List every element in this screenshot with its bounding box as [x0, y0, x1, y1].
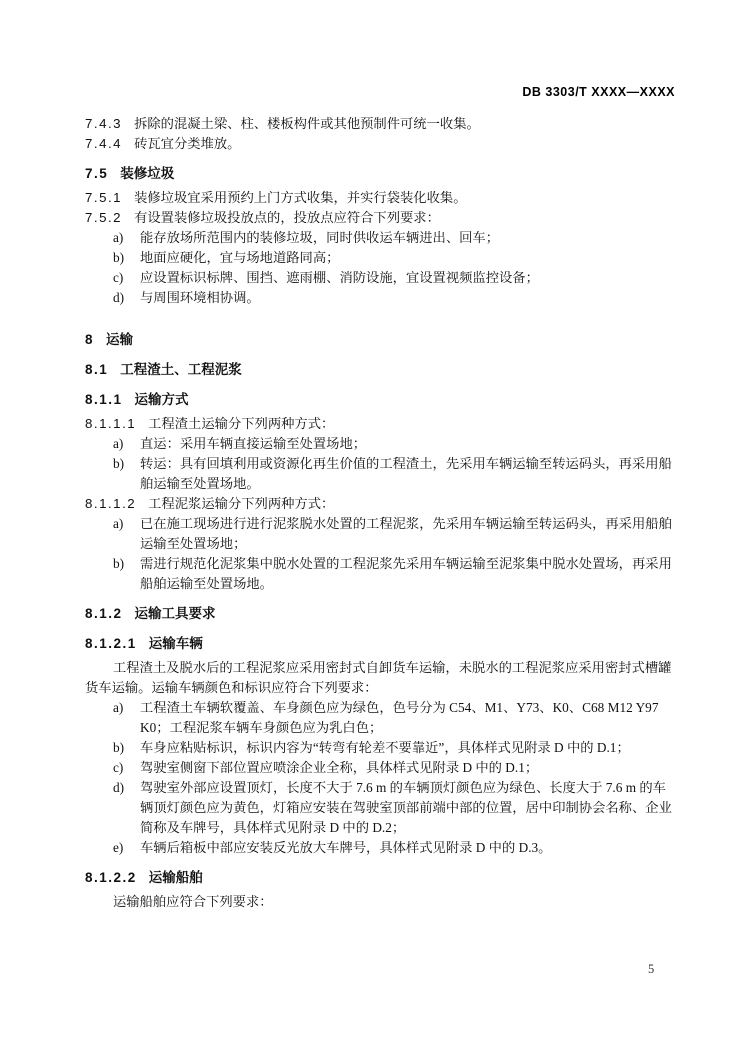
list-item: c)应设置标识标牌、围挡、遮雨棚、消防设施，宜设置视频监控设备；	[85, 268, 675, 288]
list-item: c)驾驶室侧窗下部位置应喷涂企业全称，具体样式见附录 D 中的 D.1；	[85, 758, 675, 778]
list-item: d)与周围环境相协调。	[85, 288, 675, 308]
clause: 7.5.1装修垃圾宜采用预约上门方式收集，并实行袋装化收集。	[85, 188, 675, 208]
list-marker: d)	[113, 778, 140, 838]
heading-text: 运输车辆	[149, 636, 203, 651]
heading-number: 8.1.2.1	[85, 636, 137, 651]
heading-number: 8.1.2	[85, 606, 123, 621]
heading-text: 工程渣土、工程泥浆	[120, 362, 242, 377]
clause-number: 8.1.1.1	[85, 416, 136, 431]
clause-text: 工程渣土运输分下列两种方式：	[148, 416, 334, 431]
list-marker: a)	[113, 228, 140, 248]
list-item: e)车辆后箱板中部应安装反光放大车牌号，具体样式见附录 D 中的 D.3。	[85, 838, 675, 858]
clause-text: 有设置装修垃圾投放点的，投放点应符合下列要求：	[134, 210, 440, 225]
clause-text: 拆除的混凝土梁、柱、楼板构件或其他预制件可统一收集。	[134, 116, 480, 131]
document-page: DB 3303/T XXXX—XXXX 7.4.3拆除的混凝土梁、柱、楼板构件或…	[0, 0, 744, 912]
list-text: 已在施工现场进行进行泥浆脱水处置的工程泥浆，先采用车辆运输至转运码头，再采用船舶…	[140, 514, 675, 554]
list-text: 需进行规范化泥浆集中脱水处置的工程泥浆先采用车辆运输至泥浆集中脱水处置场，再采用…	[140, 554, 675, 594]
clause: 7.4.3拆除的混凝土梁、柱、楼板构件或其他预制件可统一收集。	[85, 114, 675, 134]
list-marker: b)	[113, 738, 140, 758]
subsection-heading-8-1-1: 8.1.1运输方式	[85, 390, 675, 410]
clause: 7.4.4砖瓦宜分类堆放。	[85, 134, 675, 154]
heading-number: 8	[85, 332, 94, 347]
section-heading-8-1: 8.1工程渣土、工程泥浆	[85, 360, 675, 380]
list-text: 地面应硬化，宜与场地道路同高；	[140, 248, 675, 268]
list-item: b)车身应粘贴标识，标识内容为“转弯有轮差不要靠近”，具体样式见附录 D 中的 …	[85, 738, 675, 758]
list-item: a)直运：采用车辆直接运输至处置场地；	[85, 434, 675, 454]
clause: 8.1.1.2工程泥浆运输分下列两种方式：	[85, 494, 675, 514]
clause-number: 7.5.2	[85, 210, 122, 225]
clause-text: 装修垃圾宜采用预约上门方式收集，并实行袋装化收集。	[134, 190, 466, 205]
list-item: a)能存放场所范围内的装修垃圾，同时供收运车辆进出、回车；	[85, 228, 675, 248]
subsection-heading-8-1-2-1: 8.1.2.1运输车辆	[85, 634, 675, 654]
clause-number: 8.1.1.2	[85, 496, 136, 511]
chapter-heading-8: 8运输	[85, 330, 675, 350]
list-text: 直运：采用车辆直接运输至处置场地；	[140, 434, 675, 454]
heading-number: 7.5	[85, 166, 108, 181]
list-marker: a)	[113, 514, 140, 554]
clause-number: 7.4.3	[85, 116, 122, 131]
heading-text: 运输方式	[135, 392, 189, 407]
list-marker: c)	[113, 758, 140, 778]
list-marker: c)	[113, 268, 140, 288]
list-text: 工程渣土车辆软覆盖、车身颜色应为绿色，色号分为 C54、M1、Y73、K0、C6…	[140, 698, 675, 738]
subsection-heading-8-1-2: 8.1.2运输工具要求	[85, 604, 675, 624]
paragraph: 运输船舶应符合下列要求：	[85, 892, 675, 912]
heading-text: 装修垃圾	[120, 166, 174, 181]
heading-text: 运输船舶	[149, 870, 203, 885]
list-text: 与周围环境相协调。	[140, 288, 675, 308]
clause-number: 7.5.1	[85, 190, 122, 205]
list-item: b)需进行规范化泥浆集中脱水处置的工程泥浆先采用车辆运输至泥浆集中脱水处置场，再…	[85, 554, 675, 594]
heading-number: 8.1.2.2	[85, 870, 137, 885]
list-marker: a)	[113, 434, 140, 454]
list-text: 应设置标识标牌、围挡、遮雨棚、消防设施，宜设置视频监控设备；	[140, 268, 675, 288]
list-marker: e)	[113, 838, 140, 858]
clause: 7.5.2有设置装修垃圾投放点的，投放点应符合下列要求：	[85, 208, 675, 228]
clause-text: 工程泥浆运输分下列两种方式：	[148, 496, 334, 511]
clause-text: 砖瓦宜分类堆放。	[134, 136, 240, 151]
clause: 8.1.1.1工程渣土运输分下列两种方式：	[85, 414, 675, 434]
list-item: d)驾驶室外部应设置顶灯，长度不大于 7.6 m 的车辆顶灯颜色应为绿色、长度大…	[85, 778, 675, 838]
subsection-heading-8-1-2-2: 8.1.2.2运输船舶	[85, 868, 675, 888]
list-text: 驾驶室侧窗下部位置应喷涂企业全称，具体样式见附录 D 中的 D.1；	[140, 758, 675, 778]
list-item: a)工程渣土车辆软覆盖、车身颜色应为绿色，色号分为 C54、M1、Y73、K0、…	[85, 698, 675, 738]
list-item: b)转运：具有回填利用或资源化再生价值的工程渣土，先采用车辆运输至转运码头，再采…	[85, 454, 675, 494]
list-marker: b)	[113, 554, 140, 594]
list-text: 转运：具有回填利用或资源化再生价值的工程渣土，先采用车辆运输至转运码头，再采用船…	[140, 454, 675, 494]
section-heading-7-5: 7.5装修垃圾	[85, 164, 675, 184]
list-text: 能存放场所范围内的装修垃圾，同时供收运车辆进出、回车；	[140, 228, 675, 248]
list-marker: a)	[113, 698, 140, 738]
document-body: 7.4.3拆除的混凝土梁、柱、楼板构件或其他预制件可统一收集。 7.4.4砖瓦宜…	[85, 114, 675, 912]
list-marker: d)	[113, 288, 140, 308]
list-item: a)已在施工现场进行进行泥浆脱水处置的工程泥浆，先采用车辆运输至转运码头，再采用…	[85, 514, 675, 554]
clause-number: 7.4.4	[85, 136, 122, 151]
list-marker: b)	[113, 248, 140, 268]
list-marker: b)	[113, 454, 140, 494]
heading-text: 运输工具要求	[135, 606, 216, 621]
page-number: 5	[648, 962, 654, 977]
doc-code-header: DB 3303/T XXXX—XXXX	[85, 84, 675, 100]
heading-text: 运输	[106, 332, 133, 347]
paragraph: 工程渣土及脱水后的工程泥浆应采用密封式自卸货车运输，未脱水的工程泥浆应采用密封式…	[85, 658, 675, 698]
heading-number: 8.1	[85, 362, 108, 377]
list-text: 驾驶室外部应设置顶灯，长度不大于 7.6 m 的车辆顶灯颜色应为绿色、长度大于 …	[140, 778, 675, 838]
list-text: 车身应粘贴标识，标识内容为“转弯有轮差不要靠近”，具体样式见附录 D 中的 D.…	[140, 738, 675, 758]
list-text: 车辆后箱板中部应安装反光放大车牌号，具体样式见附录 D 中的 D.3。	[140, 838, 675, 858]
list-item: b)地面应硬化，宜与场地道路同高；	[85, 248, 675, 268]
heading-number: 8.1.1	[85, 392, 123, 407]
